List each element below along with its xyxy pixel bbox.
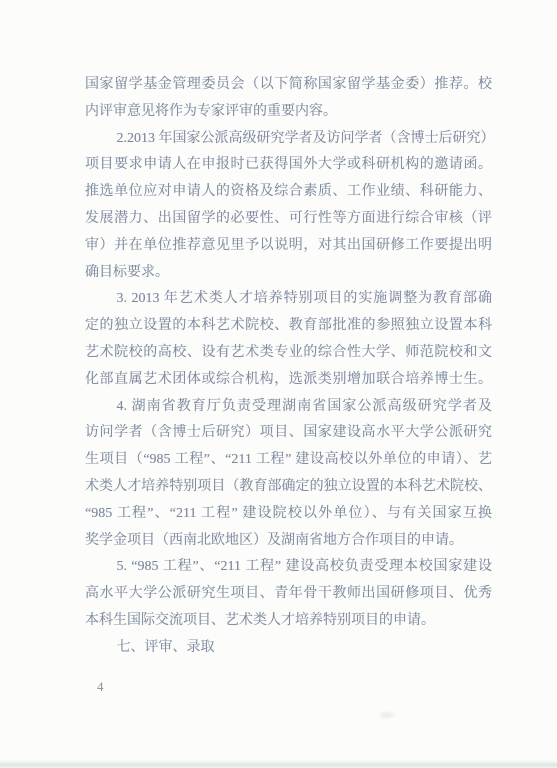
text-line: 审）并在单位推荐意见里予以说明，对其出国研修工作要提出明 [85, 233, 492, 260]
page-number: 4 [97, 679, 104, 695]
text-line: 国家留学基金管理委员会（以下简称国家留学基金委）推荐。校 [85, 72, 492, 99]
text-line: 内评审意见将作为专家评审的重要内容。 [85, 99, 492, 126]
text-line: “985 工程”、“211 工程” 建设院校以外单位）、与有关国家互换 [85, 501, 492, 528]
text-line: 推选单位应对申请人的资格及综合素质、工作业绩、科研能力、 [85, 179, 492, 206]
document-body: 国家留学基金管理委员会（以下简称国家留学基金委）推荐。校内评审意见将作为专家评审… [85, 72, 492, 662]
scan-artifact [380, 712, 394, 718]
text-line: 项目要求申请人在申报时已获得国外大学或科研机构的邀请函。 [85, 152, 492, 179]
text-line: 5. “985 工程”、“211 工程” 建设高校负责受理本校国家建设 [85, 554, 492, 581]
scan-bottom-edge [0, 760, 557, 768]
text-line: 高水平大学公派研究生项目、青年骨干教师出国研修项目、优秀 [85, 581, 492, 608]
text-line: 2.2013 年国家公派高级研究学者及访问学者（含博士后研究） [85, 126, 492, 153]
scanned-document-page: 国家留学基金管理委员会（以下简称国家留学基金委）推荐。校内评审意见将作为专家评审… [0, 0, 557, 768]
text-line: 奖学金项目（西南北欧地区）及湖南省地方合作项目的申请。 [85, 528, 492, 555]
text-line: 艺术院校的高校、设有艺术类专业的综合性大学、师范院校和文 [85, 340, 492, 367]
text-line: 七、评审、录取 [85, 635, 492, 662]
text-line: 确目标要求。 [85, 260, 492, 287]
text-line: 发展潜力、出国留学的必要性、可行性等方面进行综合审核（评 [85, 206, 492, 233]
text-line: 术类人才培养特别项目（教育部确定的独立设置的本科艺术院校、 [85, 474, 492, 501]
text-line: 访问学者（含博士后研究）项目、国家建设高水平大学公派研究 [85, 420, 492, 447]
text-line: 生项目（“985 工程”、“211 工程” 建设高校以外单位的申请）、艺 [85, 447, 492, 474]
text-line: 本科生国际交流项目、艺术类人才培养特别项目的申请。 [85, 608, 492, 635]
text-line: 化部直属艺术团体或综合机构，选派类别增加联合培养博士生。 [85, 367, 492, 394]
text-line: 3. 2013 年艺术类人才培养特别项目的实施调整为教育部确 [85, 286, 492, 313]
text-line: 定的独立设置的本科艺术院校、教育部批准的参照独立设置本科 [85, 313, 492, 340]
text-line: 4. 湖南省教育厅负责受理湖南省国家公派高级研究学者及 [85, 394, 492, 421]
